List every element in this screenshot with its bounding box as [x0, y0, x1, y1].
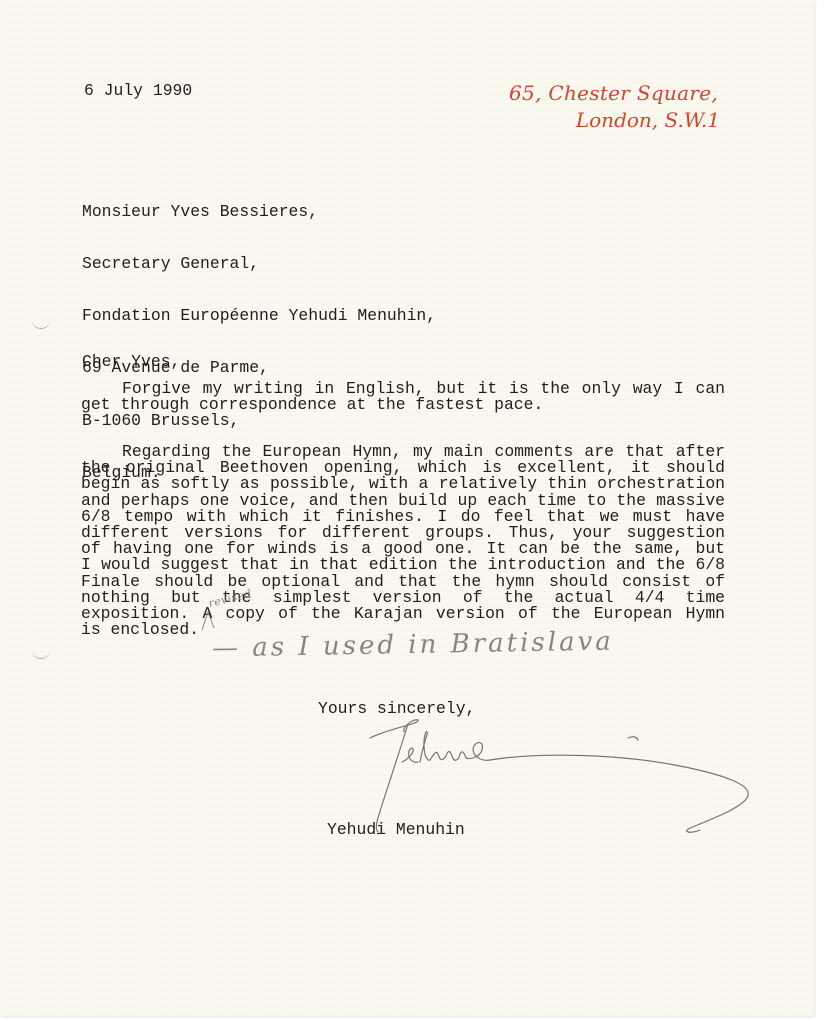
recipient-line: Fondation Européenne Yehudi Menuhin, [82, 307, 436, 324]
letterhead-city: London, S.W.1 [509, 107, 720, 134]
letterhead-street: 65, Chester Square, [509, 80, 718, 107]
handwritten-note: — as I used in Bratislava [212, 626, 614, 663]
recipient-line: B-1060 Brussels, [82, 412, 436, 429]
recipient-line: Secretary General, [82, 255, 436, 272]
letter-date: 6 July 1990 [84, 81, 192, 100]
typed-signature-name: Yehudi Menuhin [327, 820, 465, 839]
body-paragraph-2: Regarding the European Hymn, my main com… [81, 444, 725, 638]
punch-hole-mark [32, 648, 50, 659]
recipient-line: Monsieur Yves Bessieres, [82, 203, 436, 220]
insertion-caret-mark [198, 606, 218, 632]
punch-hole-mark [32, 318, 50, 329]
salutation: Cher Yves, [82, 352, 180, 371]
paragraph-line: get through correspondence at the fastes… [81, 397, 725, 413]
letterhead-address: 65, Chester Square, London, S.W.1 [509, 80, 718, 134]
body-paragraph-1: Forgive my writing in English, but it is… [81, 381, 725, 413]
letter-page: 6 July 1990 65, Chester Square, London, … [0, 0, 814, 1016]
